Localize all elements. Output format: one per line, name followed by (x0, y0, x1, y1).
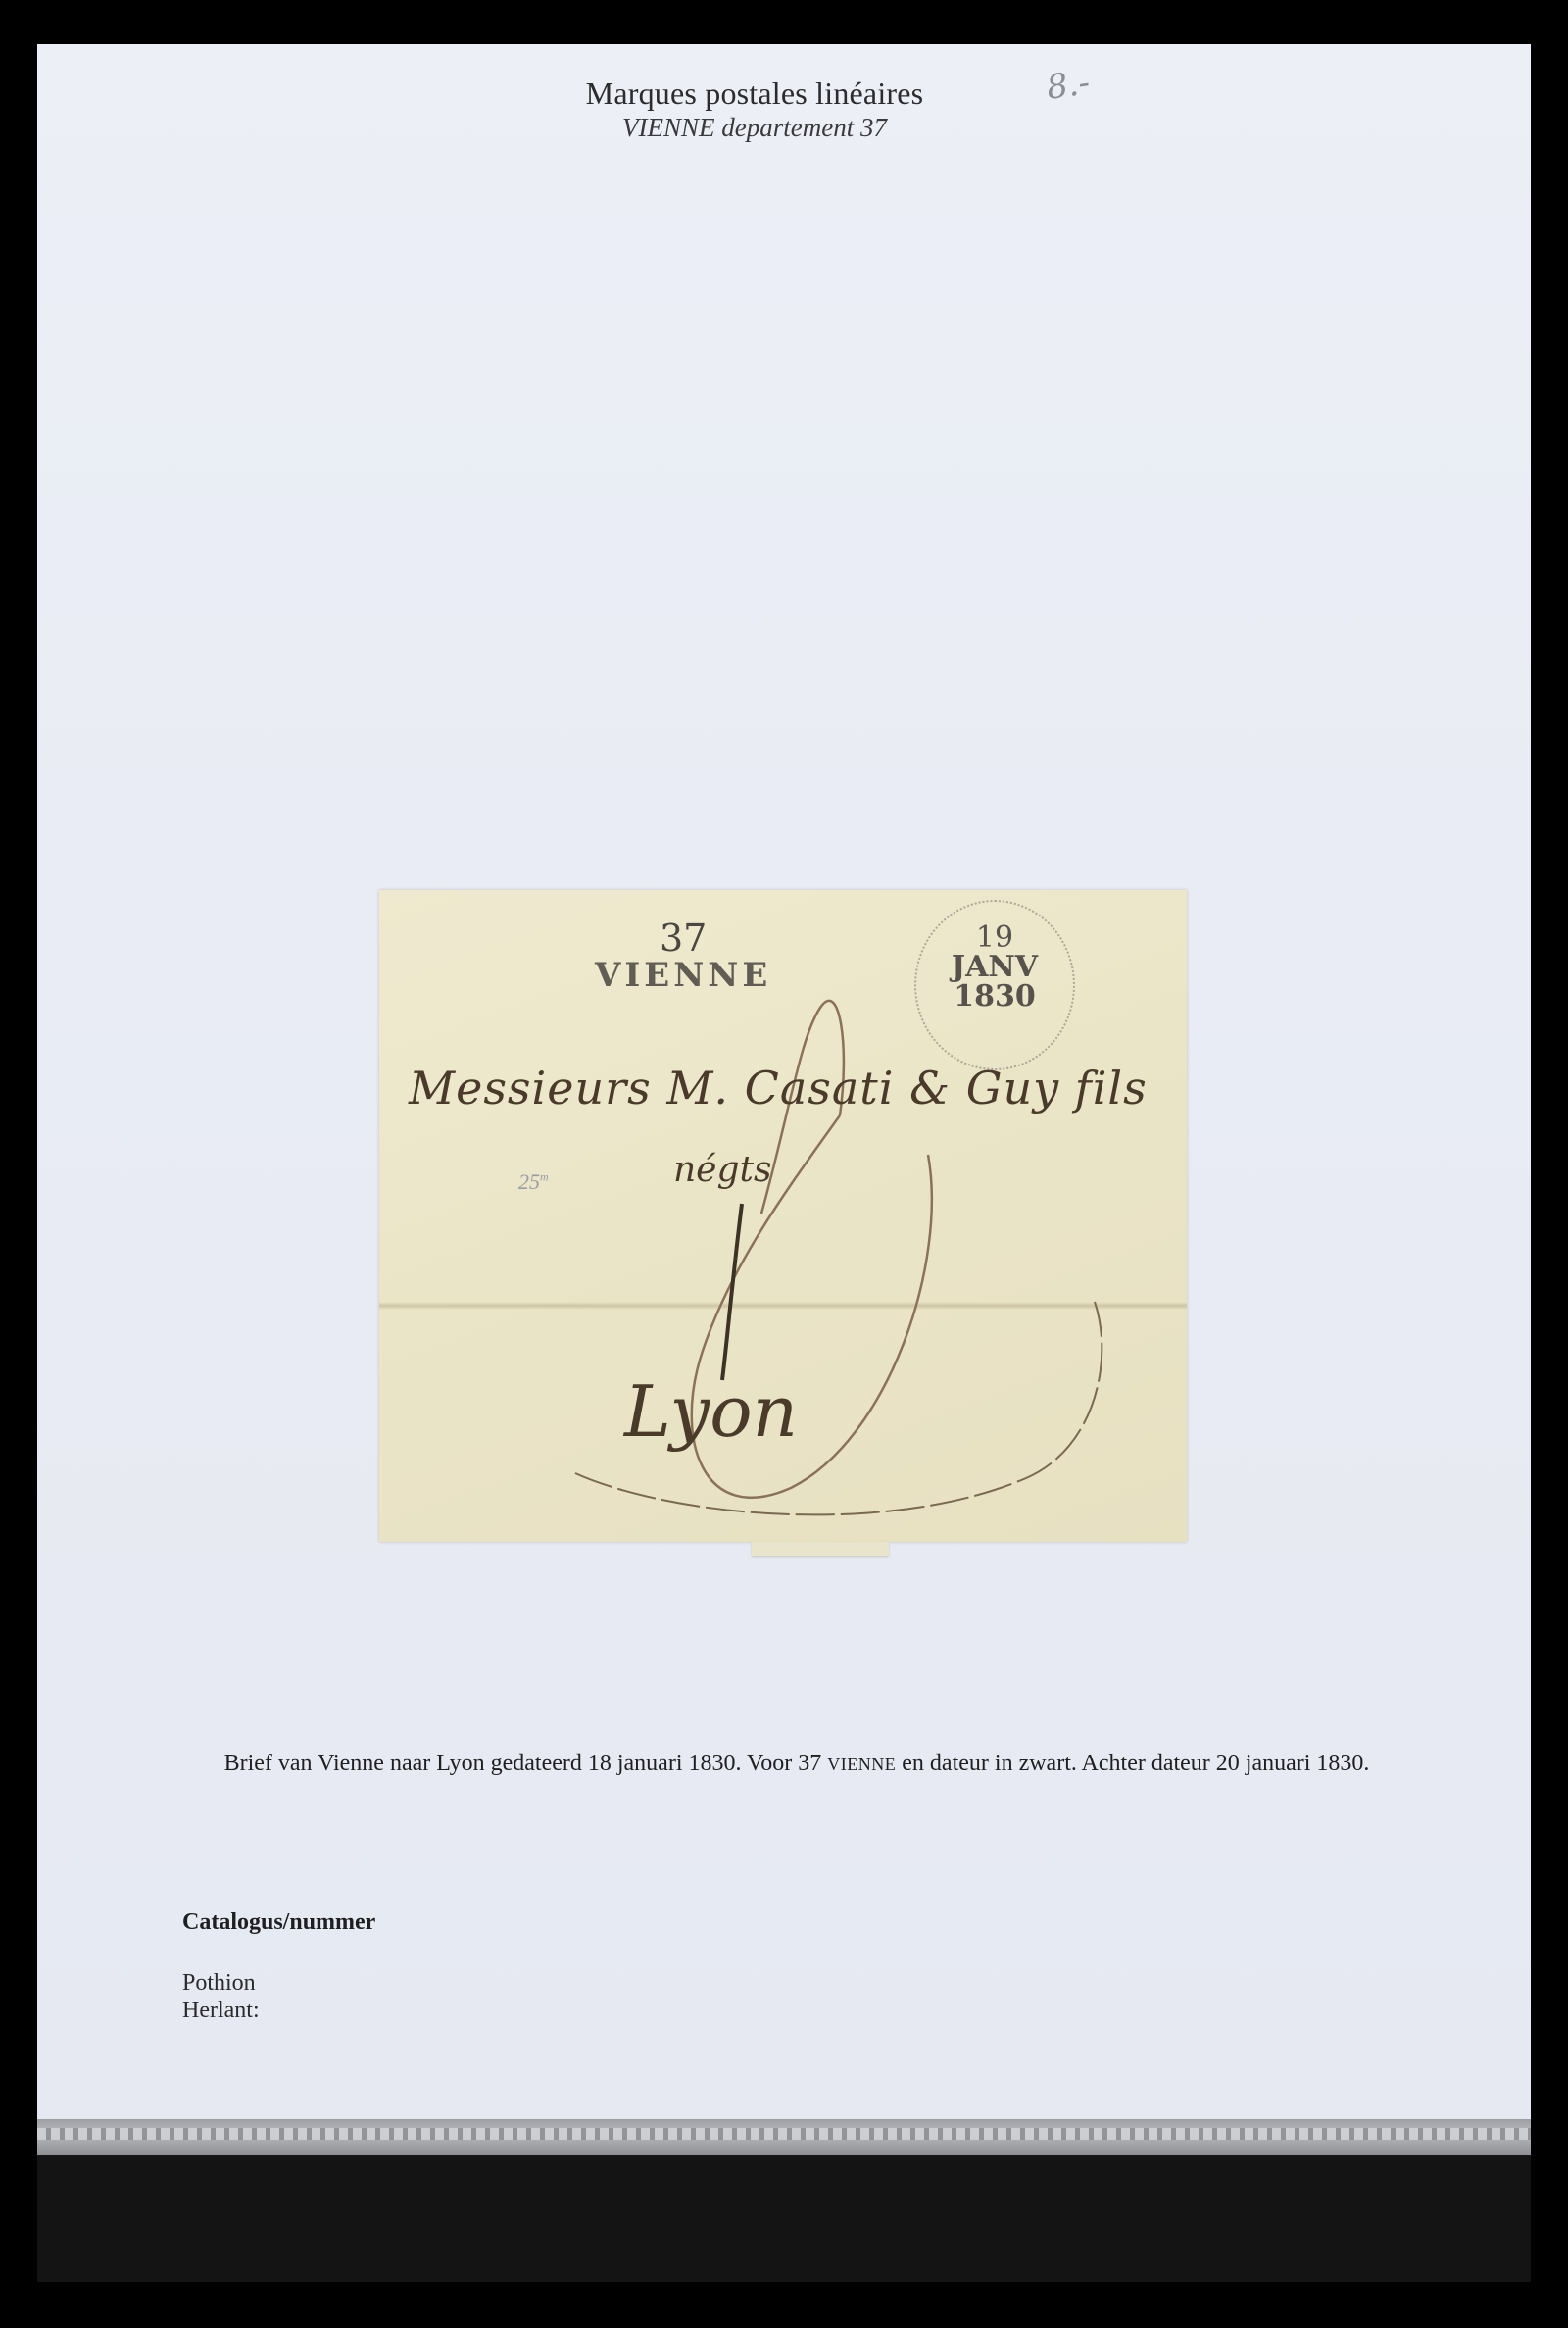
catalog-item-pothion: Pothion (182, 1970, 256, 1997)
binder-teeth (37, 2128, 1531, 2140)
pencil-annotation-sup: m (540, 1170, 549, 1184)
address-city: Lyon (624, 1370, 798, 1453)
description-small-caps: VIENNE (827, 1755, 896, 1774)
postmark-day: 19 (916, 923, 1073, 953)
postmark-department-number: 37 (595, 919, 771, 959)
page-subtitle: VIENNE departement 37 (37, 113, 1472, 143)
binder-strip (37, 2119, 1531, 2155)
address-recipient: Messieurs M. Casati & Guy fils (409, 1062, 1148, 1114)
pencil-annotation-number: 25 (518, 1169, 540, 1194)
item-description: Brief van Vienne naar Lyon gedateerd 18 … (165, 1750, 1429, 1778)
album-page: Marques postales linéaires VIENNE depart… (37, 44, 1531, 2122)
letter-flap (752, 1542, 889, 1556)
description-text-before: Brief van Vienne naar Lyon gedateerd 18 … (224, 1751, 828, 1776)
felt-background (37, 2155, 1531, 2282)
catalog-item-herlant: Herlant: (182, 1998, 260, 2024)
description-text-after: en dateur in zwart. Achter dateur 20 jan… (896, 1751, 1369, 1776)
date-postmark: 19 JANV 1830 (914, 900, 1075, 1070)
postal-letter: 37 VIENNE 19 JANV 1830 Messieurs M. Casa… (379, 890, 1187, 1542)
pencil-annotation: 25m (518, 1169, 549, 1195)
postmark-year: 1830 (916, 982, 1073, 1012)
page-title: Marques postales linéaires (37, 75, 1472, 112)
price-pencil-note: 8.- (1044, 63, 1092, 108)
postmark-month: JANV (916, 953, 1073, 982)
catalog-heading: Catalogus/nummer (182, 1909, 375, 1936)
address-occupation: négts (673, 1150, 771, 1190)
linear-postmark: 37 VIENNE (595, 919, 771, 994)
postmark-town: VIENNE (595, 959, 771, 994)
